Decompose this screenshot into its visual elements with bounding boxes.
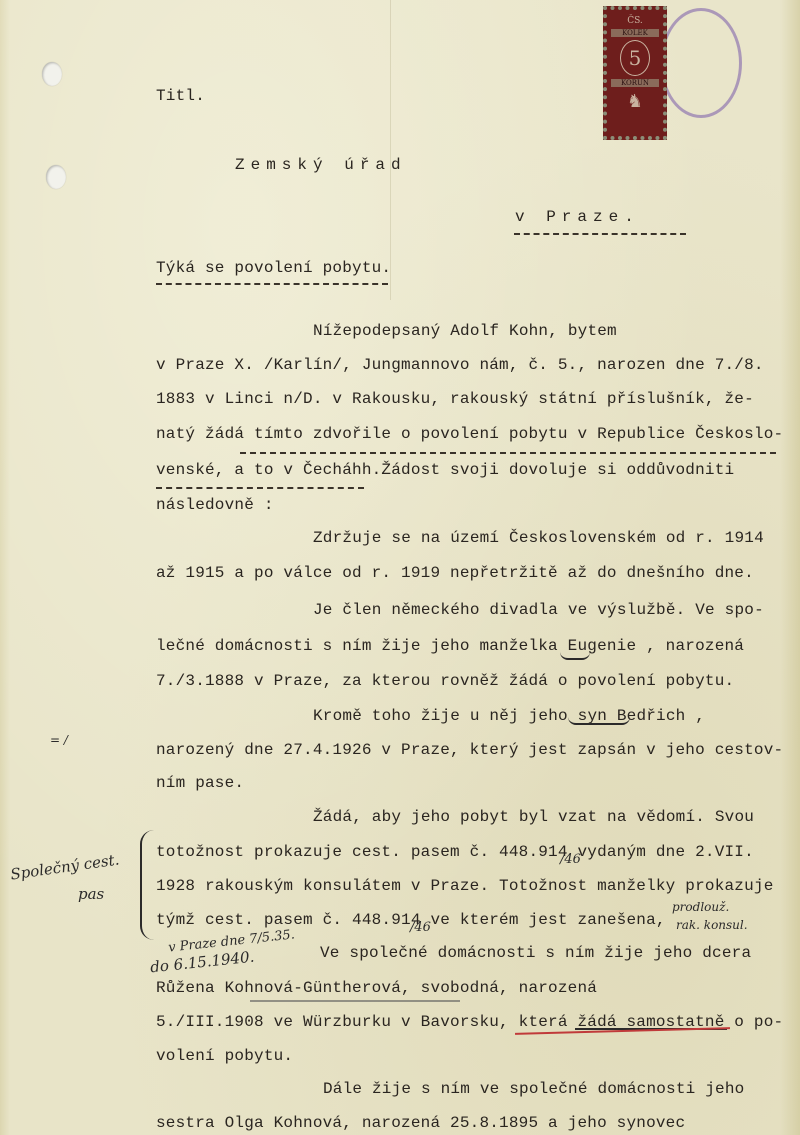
underline [156,487,364,489]
body-line: následovně : [156,495,274,515]
body-line: Ve společné domácnosti s ním žije jeho d… [320,943,751,963]
paper-fold [390,0,391,300]
recipient-city: v Praze. [515,207,640,227]
body-line: volení pobytu. [156,1046,293,1066]
official-seal [660,8,742,118]
subject-line: Týká se povolení pobytu. [156,258,391,278]
body-line: narozený dne 27.4.1926 v Praze, který je… [156,740,783,760]
lion-emblem-icon: ♞ [607,91,663,112]
handwritten-brace [140,830,162,940]
body-line: Růžena Kohnová-Güntherová, svobodná, nar… [156,978,597,998]
underline [240,452,776,454]
revenue-stamp: ČS. KOLEK 5 KORUN ♞ [603,6,667,140]
body-line: venské, a to v Čecháhh.Žádost svoji dovo… [156,460,734,480]
body-line: totožnost prokazuje cest. pasem č. 448.9… [156,842,754,862]
body-line: lečné domácnosti s ním žije jeho manželk… [156,636,744,656]
body-line: ním pase. [156,773,244,793]
body-line: natý žádá tímto zdvořile o povolení poby… [156,424,783,444]
stamp-country: ČS. [607,16,663,26]
margin-note: pas [78,885,104,903]
body-line: až 1915 a po válce od r. 1919 nepřetržit… [156,563,754,583]
punch-hole [46,165,66,189]
body-line: 1928 rakouským konsulátem v Praze. Totož… [156,876,774,896]
pencil-underline [250,1000,460,1002]
extension-note: rak. konsul. [676,918,748,932]
body-line: Je člen německého divadla ve výslužbě. V… [313,600,764,620]
body-line: Žádá, aby jeho pobyt byl vzat na vědomí.… [313,807,754,827]
recipient-office: Zemský úřad [235,155,407,175]
pen-underline [560,650,590,660]
body-line: sestra Olga Kohnová, narozená 25.8.1895 … [156,1113,685,1133]
margin-mark: = / [50,733,68,747]
body-line: Dále žije s ním ve společné domácnosti j… [323,1079,744,1099]
punch-hole [42,62,62,86]
body-line: Zdržuje se na území Československém od r… [313,528,764,548]
passport-suffix: /46 [410,920,431,935]
extension-note: prodlouž. [672,900,729,914]
pen-underline [568,715,630,725]
salutation: Titl. [156,86,205,106]
body-line: 1883 v Linci n/D. v Rakousku, rakouský s… [156,389,754,409]
body-line: v Praze X. /Karlín/, Jungmannovo nám, č.… [156,355,764,375]
body-line: Kromě toho žije u něj jeho syn Bedřich , [313,706,705,726]
stamp-currency: KORUN [611,79,659,87]
underline [156,283,388,285]
stamp-label: KOLEK [611,29,659,37]
body-line: 7./3.1888 v Praze, za kterou rovněž žádá… [156,671,734,691]
stamp-value: 5 [620,40,650,76]
body-line: Nížepodepsaný Adolf Kohn, bytem [313,321,617,341]
passport-suffix: /46 [560,852,581,867]
underline [514,233,686,235]
